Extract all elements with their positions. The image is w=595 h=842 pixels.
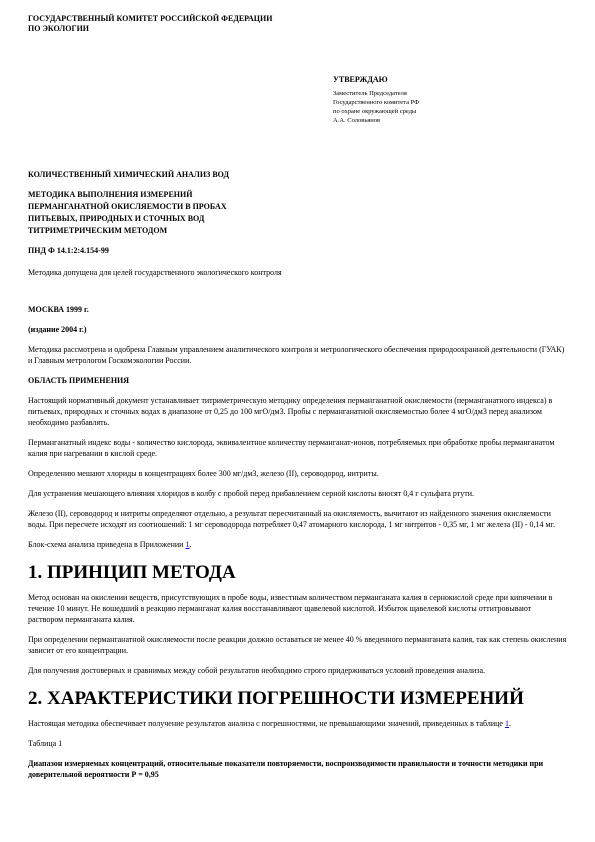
section-1-paragraph-3: Для получения достоверных и сравнимых ме… — [28, 665, 567, 676]
organization-name: ГОСУДАРСТВЕННЫЙ КОМИТЕТ РОССИЙСКОЙ ФЕДЕР… — [28, 14, 567, 34]
document-title-line4: ТИТРИМЕТРИЧЕСКИМ МЕТОДОМ — [28, 225, 567, 237]
city-year: МОСКВА 1999 г. — [28, 304, 567, 315]
document-title-line1: МЕТОДИКА ВЫПОЛНЕНИЯ ИЗМЕРЕНИЙ — [28, 189, 567, 201]
approval-position-line2: Государственного комитета РФ — [333, 98, 543, 107]
organization-name-line2: ПО ЭКОЛОГИИ — [28, 24, 567, 34]
organization-name-line1: ГОСУДАРСТВЕННЫЙ КОМИТЕТ РОССИЙСКОЙ ФЕДЕР… — [28, 14, 567, 24]
reviewed-paragraph: Методика рассмотрена и одобрена Главным … — [28, 344, 567, 366]
scope-heading: ОБЛАСТЬ ПРИМЕНЕНИЯ — [28, 375, 567, 386]
section-1-heading: 1. ПРИНЦИП МЕТОДА — [28, 562, 567, 583]
scope-paragraph-2: Перманганатный индекс воды - количество … — [28, 437, 567, 459]
scope-paragraph-1: Настоящий нормативный документ устанавли… — [28, 395, 567, 428]
approval-position-line3: по охране окружающей среды — [333, 107, 543, 116]
approval-block: УТВЕРЖДАЮ Заместитель Председателя Госуд… — [333, 74, 543, 125]
section-2-paragraph-1: Настоящая методика обеспечивает получени… — [28, 718, 567, 729]
document-title-line3: ПИТЬЕВЫХ, ПРИРОДНЫХ И СТОЧНЫХ ВОД — [28, 213, 567, 225]
scope-paragraph-6-text: Блок-схема анализа приведена в Приложени… — [28, 540, 185, 549]
scope-paragraph-4: Для устранения мешающего влияния хлоридо… — [28, 488, 567, 499]
approval-signer-name: А.А. Соловьянов — [333, 116, 543, 125]
approval-position-line1: Заместитель Председателя — [333, 89, 543, 98]
edition-note: (издание 2004 г.) — [28, 324, 567, 335]
section-2-paragraph-1-text: Настоящая методика обеспечивает получени… — [28, 719, 505, 728]
document-number: ПНД Ф 14.1:2:4.154-99 — [28, 245, 567, 256]
scope-paragraph-5: Железо (II), сероводород и нитриты опред… — [28, 508, 567, 530]
scope-paragraph-3: Определению мешают хлориды в концентраци… — [28, 468, 567, 479]
section-2-heading: 2. ХАРАКТЕРИСТИКИ ПОГРЕШНОСТИ ИЗМЕРЕНИЙ — [28, 688, 567, 709]
scope-paragraph-6-suffix: . — [189, 540, 191, 549]
section-1-paragraph-1: Метод основан на окислении веществ, прис… — [28, 592, 567, 625]
document-page: ГОСУДАРСТВЕННЫЙ КОМИТЕТ РОССИЙСКОЙ ФЕДЕР… — [0, 0, 595, 842]
document-title: МЕТОДИКА ВЫПОЛНЕНИЯ ИЗМЕРЕНИЙ ПЕРМАНГАНА… — [28, 189, 567, 237]
table-1-label: Таблица 1 — [28, 738, 567, 749]
document-title-line2: ПЕРМАНГАНАТНОЙ ОКИСЛЯЕМОСТИ В ПРОБАХ — [28, 201, 567, 213]
table-1-caption: Диапазон измеряемых концентраций, относи… — [28, 758, 567, 780]
permission-note: Методика допущена для целей государствен… — [28, 267, 567, 278]
scope-paragraph-6: Блок-схема анализа приведена в Приложени… — [28, 539, 567, 550]
section-1-paragraph-2: При определении перманганатной окисляемо… — [28, 634, 567, 656]
section-2-paragraph-1-suffix: . — [509, 719, 511, 728]
approval-title: УТВЕРЖДАЮ — [333, 74, 543, 85]
document-kind: КОЛИЧЕСТВЕННЫЙ ХИМИЧЕСКИЙ АНАЛИЗ ВОД — [28, 169, 567, 180]
